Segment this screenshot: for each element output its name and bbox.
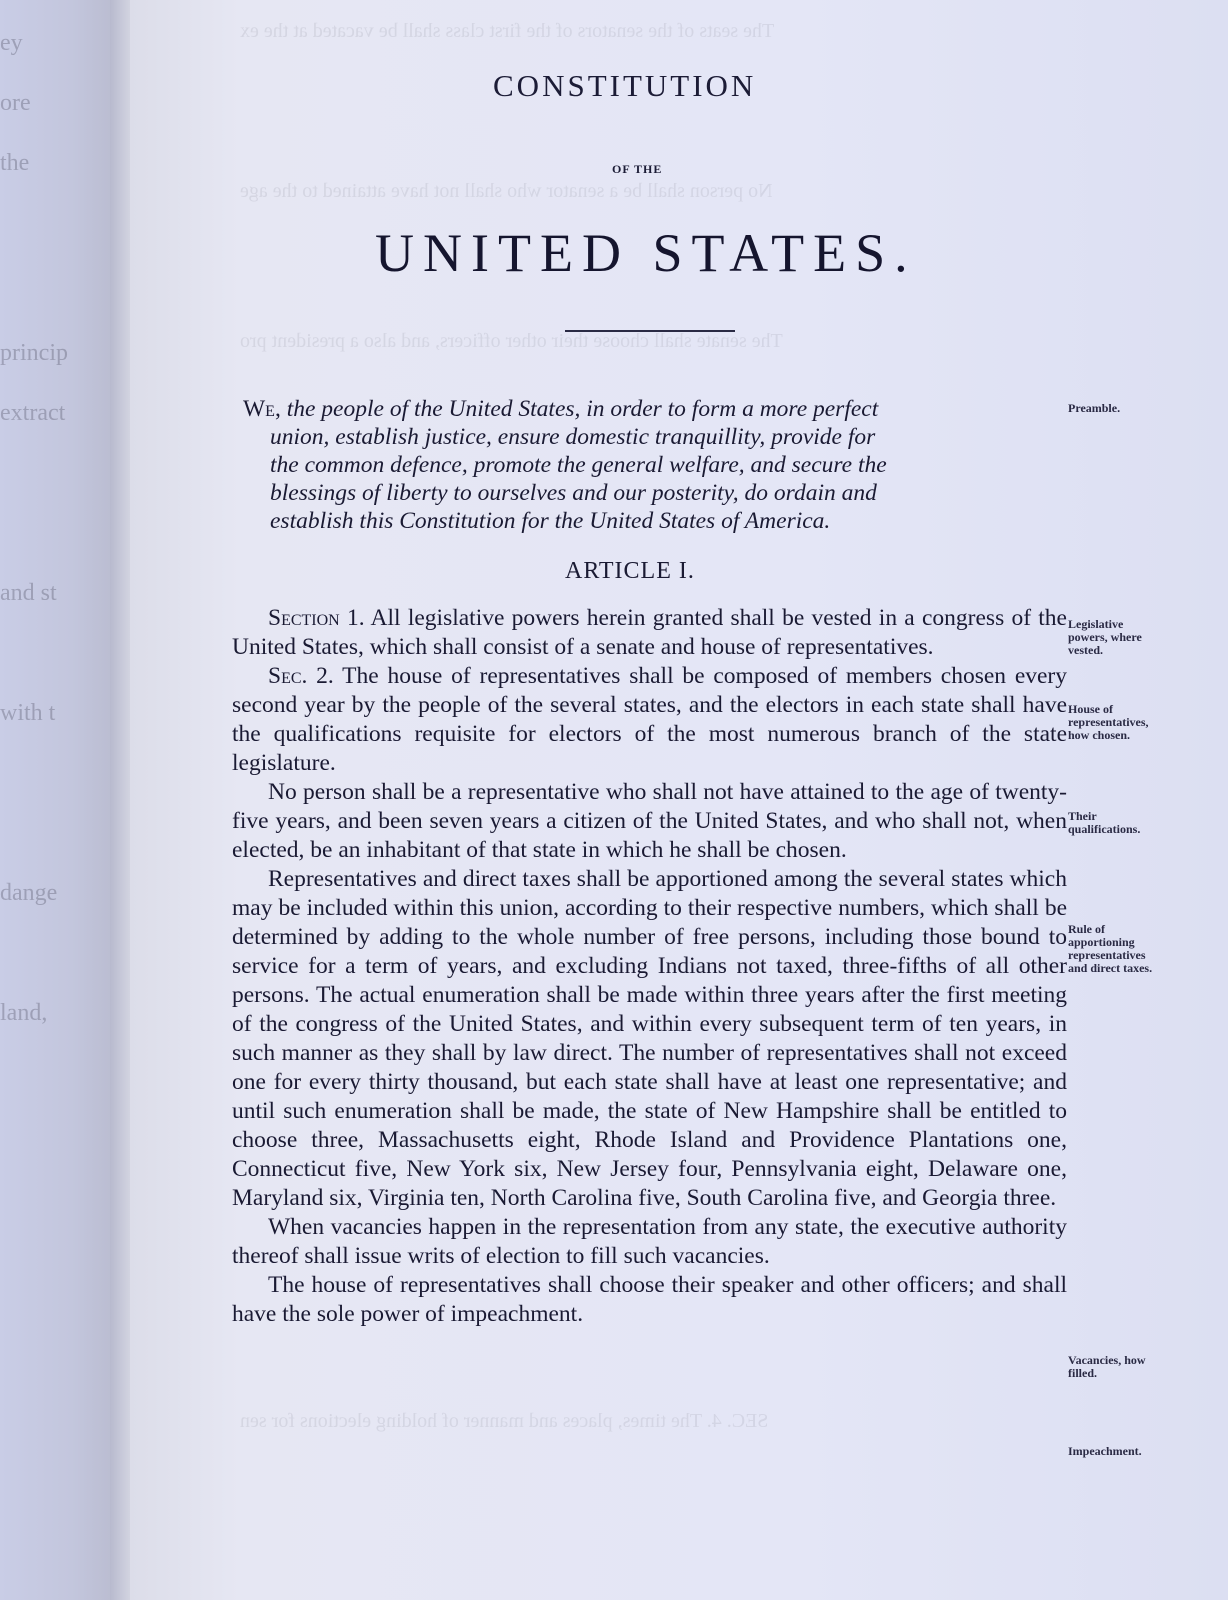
preamble-line: union, establish justice, ensure domesti… bbox=[243, 423, 1053, 451]
facing-page-text: dange bbox=[0, 880, 110, 907]
impeachment-paragraph: The house of representatives shall choos… bbox=[232, 1271, 1067, 1329]
facing-page-text: ey bbox=[0, 30, 110, 57]
facing-page-text: land, bbox=[0, 1000, 110, 1027]
preamble: We, the people of the United States, in … bbox=[243, 395, 1053, 535]
article-heading: ARTICLE I. bbox=[565, 558, 695, 585]
facing-page-text: the bbox=[0, 150, 110, 177]
margin-note-vacancies: Vacancies, how filled. bbox=[1068, 1354, 1163, 1380]
apportionment-paragraph: Representatives and direct taxes shall b… bbox=[232, 865, 1067, 1213]
section-label: Sec. 2. bbox=[268, 663, 334, 689]
preamble-line: blessings of liberty to ourselves and ou… bbox=[243, 479, 1053, 507]
title-divider bbox=[565, 330, 735, 332]
title-united-states: UNITED STATES. bbox=[375, 222, 917, 284]
facing-page-text: and st bbox=[0, 580, 110, 607]
facing-page: ey ore the princip extract and st with t… bbox=[0, 0, 120, 1600]
article-body: Section 1. All legislative powers herein… bbox=[232, 604, 1067, 1329]
preamble-line: the common defence, promote the general … bbox=[243, 451, 1053, 479]
preamble-lead-word: We, bbox=[243, 396, 281, 422]
margin-note-qualifications: Their qualifications. bbox=[1068, 810, 1168, 836]
title-of-the: OF THE bbox=[612, 162, 662, 177]
facing-page-text: with t bbox=[0, 700, 110, 727]
section-label: Section 1. bbox=[268, 605, 365, 631]
facing-page-text: ore bbox=[0, 90, 110, 117]
facing-page-text: extract bbox=[0, 400, 110, 427]
preamble-line: the people of the United States, in orde… bbox=[287, 396, 879, 422]
margin-note-preamble: Preamble. bbox=[1068, 402, 1178, 415]
facing-page-text: princip bbox=[0, 340, 110, 367]
margin-note-legislative-powers: Legislative powers, where vested. bbox=[1068, 618, 1148, 657]
paragraph-text: The house of representatives shall be co… bbox=[232, 663, 1067, 776]
margin-note-house-chosen: House of representatives, how chosen. bbox=[1068, 703, 1153, 742]
vacancies-paragraph: When vacancies happen in the representat… bbox=[232, 1213, 1067, 1271]
section-paragraph: Section 1. All legislative powers herein… bbox=[232, 604, 1067, 662]
margin-note-impeachment: Impeachment. bbox=[1068, 1445, 1148, 1458]
section-paragraph: Sec. 2. The house of representatives sha… bbox=[232, 662, 1067, 778]
title-constitution: CONSTITUTION bbox=[493, 68, 756, 104]
preamble-line: establish this Constitution for the Unit… bbox=[243, 507, 1053, 535]
margin-note-apportioning: Rule of apportioning representatives and… bbox=[1068, 923, 1158, 975]
qualifications-paragraph: No person shall be a representative who … bbox=[232, 778, 1067, 865]
